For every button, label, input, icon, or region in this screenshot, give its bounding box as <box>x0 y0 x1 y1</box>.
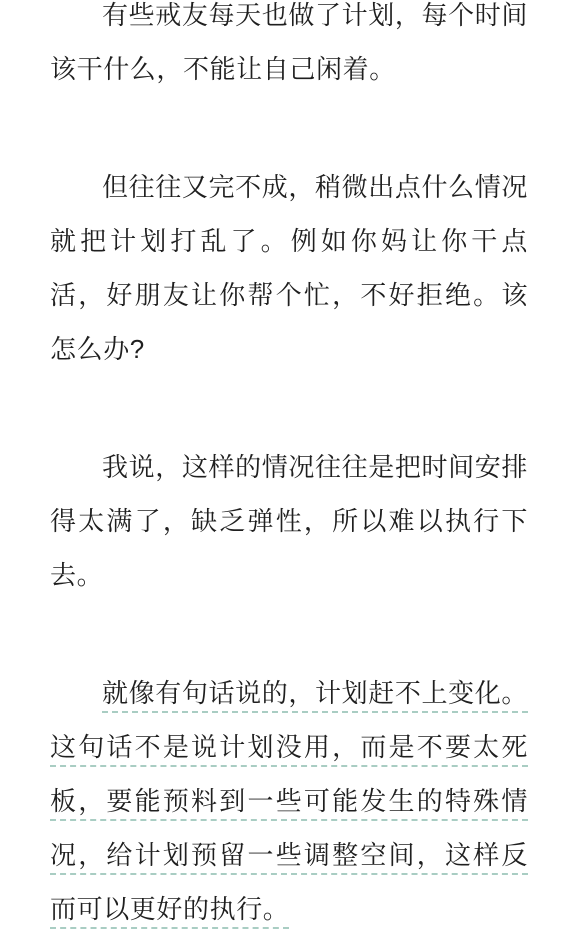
paragraph-4-text-underlined: 就像有句话说的，计划赶不上变化。这句话不是说计划没用，而是不要太死板，要能预料到… <box>50 678 528 929</box>
paragraph-4: 就像有句话说的，计划赶不上变化。这句话不是说计划没用，而是不要太死板，要能预料到… <box>50 666 528 936</box>
paragraph-2: 但往往又完不成，稍微出点什么情况就把计划打乱了。例如你妈让你干点活，好朋友让你帮… <box>50 160 528 376</box>
paragraph-1-text: 有些戒友每天也做了计划，每个时间该干什么，不能让自己闲着。 <box>50 0 528 84</box>
paragraph-1: 有些戒友每天也做了计划，每个时间该干什么，不能让自己闲着。 <box>50 0 528 96</box>
article-body: 有些戒友每天也做了计划，每个时间该干什么，不能让自己闲着。 但往往又完不成，稍微… <box>50 0 528 936</box>
paragraph-3-text: 我说，这样的情况往往是把时间安排得太满了，缺乏弹性，所以难以执行下去。 <box>50 452 528 590</box>
paragraph-2-text: 但往往又完不成，稍微出点什么情况就把计划打乱了。例如你妈让你干点活，好朋友让你帮… <box>50 172 528 364</box>
paragraph-3: 我说，这样的情况往往是把时间安排得太满了，缺乏弹性，所以难以执行下去。 <box>50 440 528 602</box>
article-page: 有些戒友每天也做了计划，每个时间该干什么，不能让自己闲着。 但往往又完不成，稍微… <box>0 0 580 944</box>
